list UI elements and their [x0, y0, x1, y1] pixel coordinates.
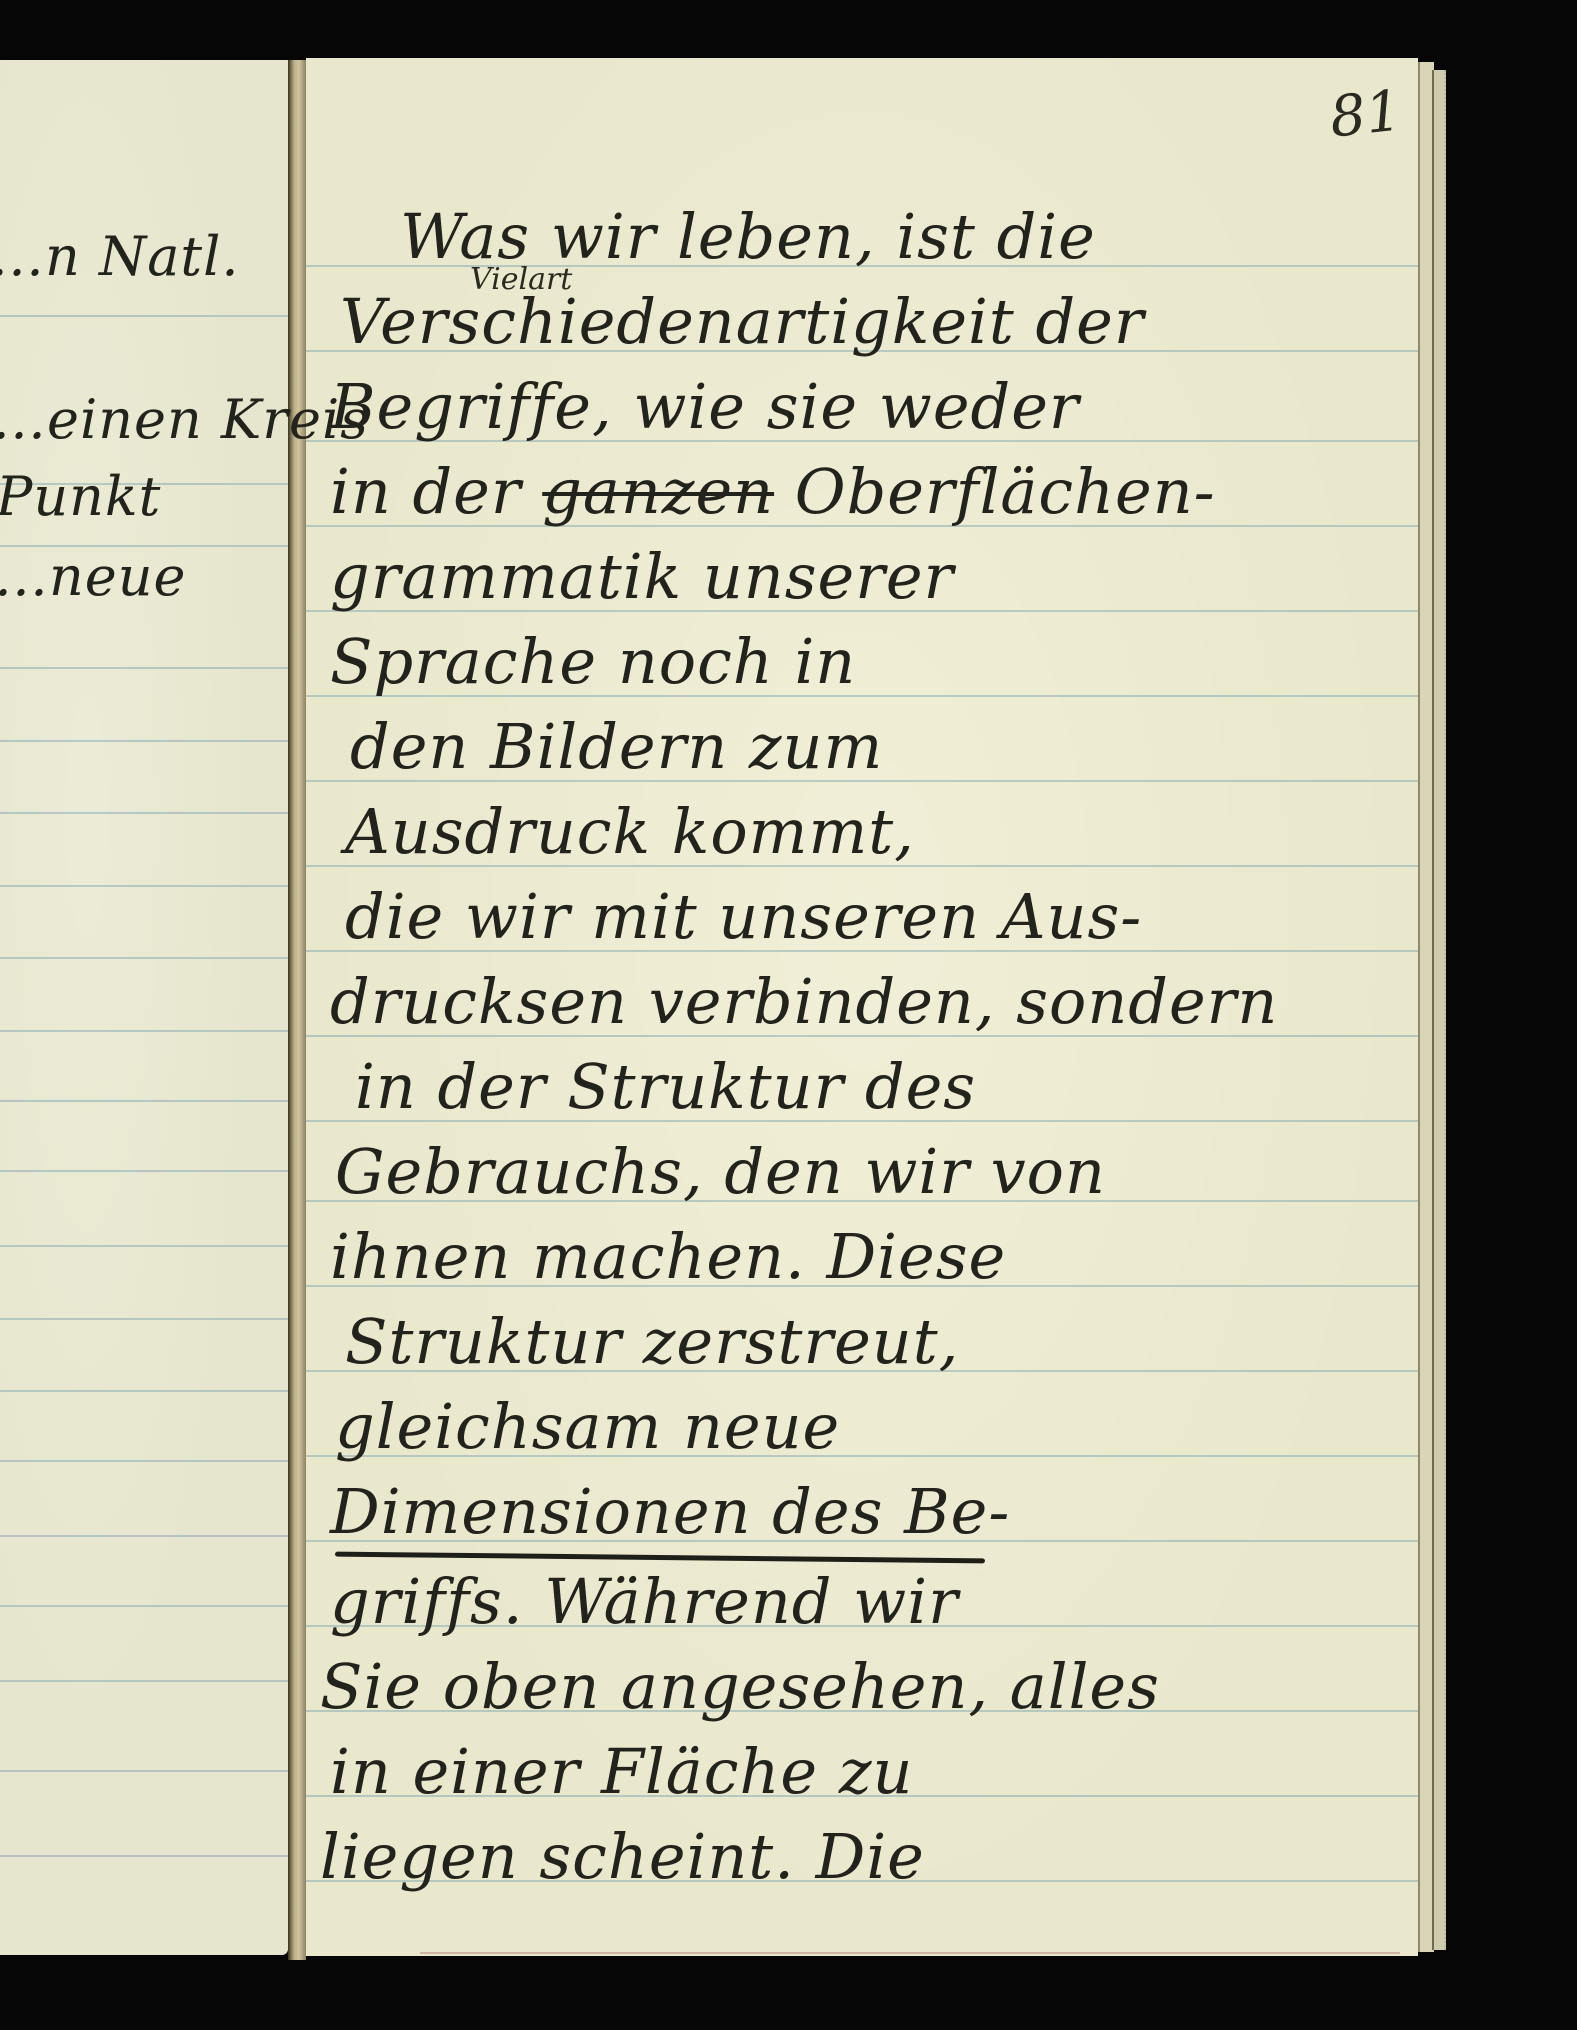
line-text: Oberflächen-: [774, 455, 1216, 528]
handwritten-line: Ausdruck kommt,: [345, 795, 915, 868]
handwritten-line: in der Struktur des: [355, 1050, 976, 1123]
handwritten-line: Verschiedenartigkeit der: [340, 285, 1144, 358]
handwritten-line: Dimensionen des Be-: [330, 1475, 1010, 1548]
handwritten-line: Punkt: [0, 465, 161, 528]
ruled-line: [0, 667, 288, 669]
handwritten-line: …einen Kreis: [0, 388, 369, 451]
ruled-line: [0, 1855, 288, 1857]
page-bottom-red-edge: [420, 1952, 1400, 1954]
ruled-line: [0, 1030, 288, 1032]
handwritten-line: ihnen machen. Diese: [330, 1220, 1006, 1293]
interlinear-insertion: Vielart: [470, 262, 572, 297]
handwritten-line: griffs. Während wir: [330, 1565, 959, 1638]
handwritten-line: Gebrauchs, den wir von: [335, 1135, 1106, 1208]
ruled-line: [0, 740, 288, 742]
handwritten-line: grammatik unserer: [330, 540, 954, 613]
ruled-line: [0, 1680, 288, 1682]
page-number: 81: [1327, 78, 1405, 150]
handwritten-line: die wir mit unseren Aus-: [345, 880, 1142, 953]
ruled-line: [0, 1245, 288, 1247]
ruled-line: [0, 957, 288, 959]
handwritten-line: liegen scheint. Die: [320, 1820, 925, 1893]
ruled-line: [0, 1770, 288, 1772]
handwritten-line: …n Natl.: [0, 225, 240, 288]
handwritten-line: drucksen verbinden, sondern: [330, 965, 1278, 1038]
ruled-line: [0, 1170, 288, 1172]
notebook-gutter: [288, 60, 306, 1960]
ruled-line: [0, 1390, 288, 1392]
cover-edge: [1432, 70, 1446, 1950]
handwritten-line: Begriffe, wie sie weder: [330, 370, 1080, 443]
ruled-line: [0, 1605, 288, 1607]
handwritten-line: den Bildern zum: [350, 710, 883, 783]
ruled-line: [0, 812, 288, 814]
handwritten-line: in einer Fläche zu: [330, 1735, 913, 1808]
ruled-line: [0, 1535, 288, 1537]
handwritten-line: …neue: [0, 545, 186, 608]
ruled-line: [0, 315, 288, 317]
ruled-line: [0, 1100, 288, 1102]
handwritten-line: Struktur zerstreut,: [345, 1305, 959, 1378]
handwritten-line: gleichsam neue: [335, 1390, 840, 1463]
handwritten-line: in der ganzen Oberflächen-: [330, 455, 1216, 528]
line-text: in der: [330, 455, 542, 528]
struck-out-word: ganzen: [542, 455, 774, 528]
handwritten-line: Sie oben angesehen, alles: [320, 1650, 1160, 1723]
left-page: [0, 60, 288, 1955]
handwritten-line: Sprache noch in: [330, 625, 856, 698]
ruled-line: [0, 1460, 288, 1462]
ruled-line: [0, 885, 288, 887]
ruled-line: [0, 1318, 288, 1320]
